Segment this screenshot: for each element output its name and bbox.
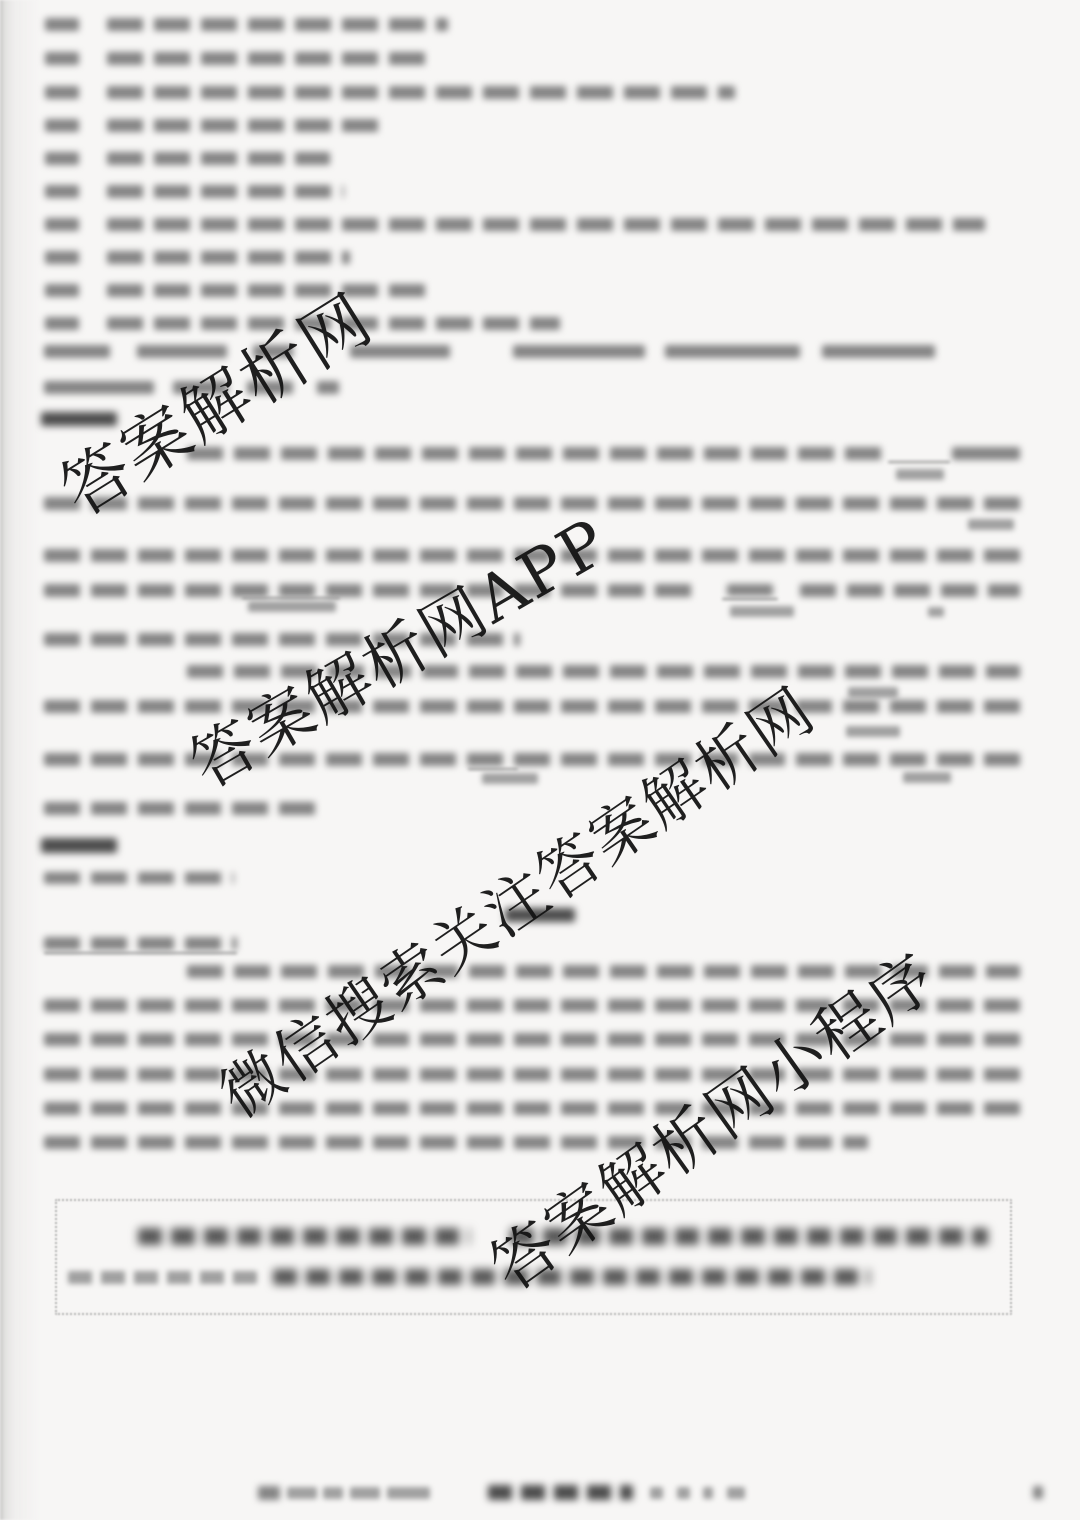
blurred-text-line — [703, 1487, 713, 1499]
blurred-text-line — [137, 345, 227, 358]
blurred-text-line — [258, 1486, 280, 1500]
document-page: 答案解析网 答案解析网APP 微信搜索关注答案解析网 答案解析网小程序 — [0, 0, 1080, 1520]
blurred-text-line — [44, 584, 695, 597]
blurred-text-line — [730, 606, 794, 617]
blurred-text-line — [107, 86, 735, 99]
blurred-text-line — [800, 584, 1020, 597]
blurred-text-line — [727, 1487, 745, 1499]
blurred-text-line — [45, 86, 79, 99]
blurred-text-line — [287, 1487, 317, 1499]
blurred-text-line — [903, 772, 951, 783]
blurred-text-line — [846, 726, 900, 737]
blurred-text-line — [107, 284, 430, 297]
blurred-text-line — [44, 381, 154, 394]
blurred-text-line — [44, 1068, 1020, 1081]
blurred-text-line — [323, 1487, 343, 1499]
blurred-text-line — [44, 937, 237, 950]
blurred-text-line — [928, 607, 944, 617]
blurred-text-line — [107, 119, 386, 132]
blurred-text-line — [44, 1102, 1020, 1115]
blurred-text-line — [45, 52, 79, 65]
blank-underline — [468, 768, 518, 770]
blank-underline — [242, 597, 340, 599]
blurred-text-line — [41, 412, 117, 426]
blurred-text-line — [677, 1487, 690, 1499]
blurred-text-line — [45, 251, 79, 264]
blurred-text-line — [44, 802, 317, 815]
blurred-text-line — [822, 345, 935, 358]
blurred-text-line — [952, 447, 1020, 460]
blurred-text-line — [107, 152, 330, 165]
blurred-text-line — [248, 601, 336, 612]
blurred-text-line — [107, 251, 350, 264]
blurred-text-line — [107, 185, 344, 198]
blurred-text-line — [727, 584, 773, 596]
blurred-text-line — [488, 1485, 633, 1500]
blurred-text-line — [187, 447, 885, 460]
blurred-text-line — [107, 18, 448, 31]
blurred-text-line — [650, 1487, 663, 1499]
blurred-text-line — [350, 1487, 380, 1499]
blurred-text-line — [45, 284, 79, 297]
blurred-text-line — [107, 218, 985, 231]
blurred-text-line — [45, 18, 79, 31]
blurred-text-line — [1033, 1486, 1043, 1499]
blurred-text-line — [45, 185, 79, 198]
blank-underline — [888, 461, 950, 463]
blurred-text-line — [44, 700, 1020, 713]
blurred-text-line — [44, 497, 1020, 510]
blurred-text-line — [44, 345, 110, 358]
blurred-text-line — [45, 119, 79, 132]
blurred-text-line — [44, 872, 234, 884]
blurred-text-line — [45, 317, 79, 330]
blank-underline — [44, 952, 237, 954]
blurred-text-line — [968, 519, 1014, 530]
blurred-text-line — [387, 1487, 430, 1499]
blurred-text-line — [848, 687, 898, 698]
blurred-text-line — [896, 469, 944, 480]
blank-underline — [722, 598, 778, 600]
blurred-text-line — [482, 773, 538, 784]
blurred-text-line — [45, 218, 79, 231]
blurred-text-line — [45, 152, 79, 165]
blurred-text-line — [107, 52, 430, 65]
blurred-text-line — [665, 345, 800, 358]
page-left-edge-shadow — [0, 0, 40, 1520]
blurred-text-line — [513, 345, 645, 358]
blurred-text-line — [41, 838, 117, 853]
